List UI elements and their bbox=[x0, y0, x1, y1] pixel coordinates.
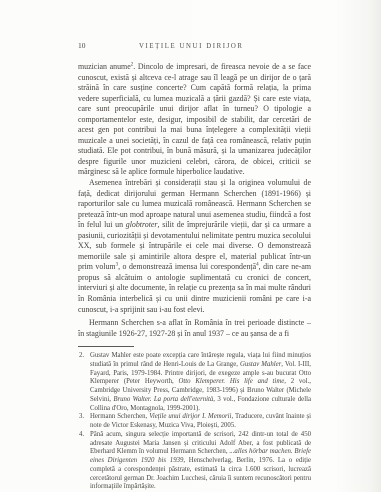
page-content: 10 VIEȚILE UNUI DIRIJOR muzician anume2.… bbox=[78, 41, 311, 492]
paragraph: Hermann Scherchen s-a aflat în România î… bbox=[78, 318, 311, 339]
footnote: 2.Gustav Mahler este poate excepția care… bbox=[78, 352, 311, 413]
page-number: 10 bbox=[78, 41, 86, 50]
running-title: VIEȚILE UNUI DIRIJOR bbox=[86, 43, 312, 50]
footnote-number: 4. bbox=[79, 431, 84, 440]
paragraph: Asemenea întrebări și considerații stau … bbox=[78, 178, 311, 315]
paragraph: muzician anume2. Dincolo de impresari, d… bbox=[78, 62, 311, 178]
footnote-text: Până acum, singura selecție importantă d… bbox=[90, 431, 311, 491]
footnote-text: Hermann Scherchen, Viețile unui dirijor … bbox=[90, 413, 311, 429]
footnote-number: 3. bbox=[79, 413, 84, 422]
footnote: 4.Până acum, singura selecție importantă… bbox=[78, 431, 311, 492]
footnote-separator bbox=[78, 346, 134, 347]
footnote-text: Gustav Mahler este poate excepția care î… bbox=[90, 352, 311, 412]
page-header: 10 VIEȚILE UNUI DIRIJOR bbox=[78, 41, 311, 51]
body-text: muzician anume2. Dincolo de impresari, d… bbox=[78, 62, 311, 339]
footnote-number: 2. bbox=[79, 352, 84, 361]
footnotes: 2.Gustav Mahler este poate excepția care… bbox=[78, 352, 311, 492]
footnote: 3.Hermann Scherchen, Viețile unui dirijo… bbox=[78, 413, 311, 431]
book-page: 10 VIEȚILE UNUI DIRIJOR muzician anume2.… bbox=[0, 0, 381, 492]
